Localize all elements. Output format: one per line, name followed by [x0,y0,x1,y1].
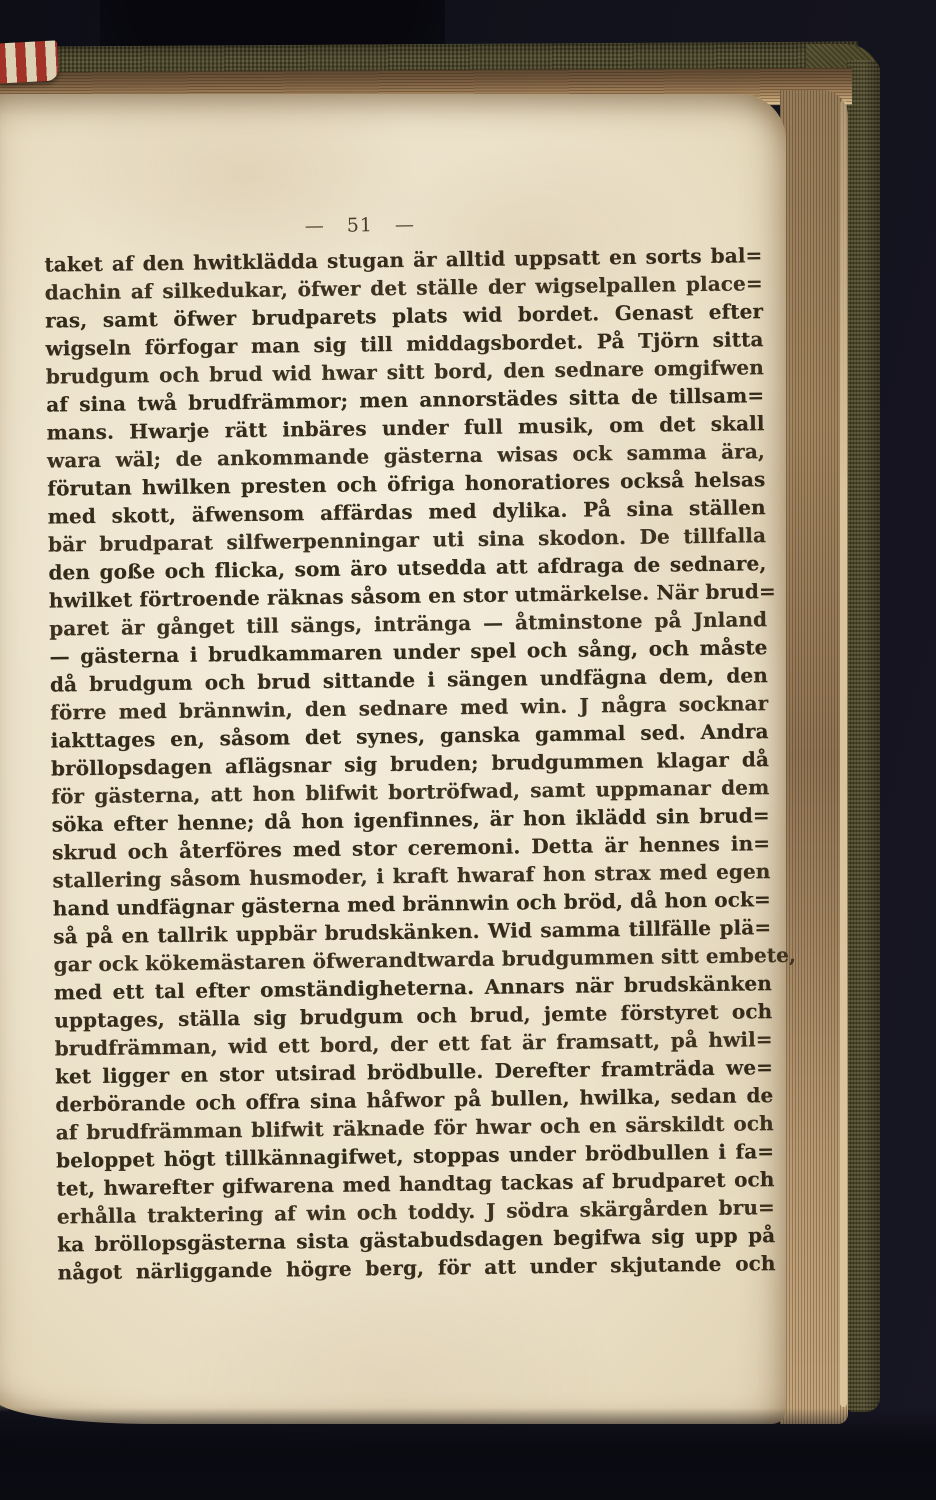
header-dash-right: — [373,213,437,236]
background-bottom-shadow [0,1408,936,1500]
page-number: 51 [347,214,373,236]
book-cover-right-edge [847,60,880,1412]
headband-ribbon [0,40,59,83]
scanned-book-photo: —51— taket af den hwitklädda stugan är a… [0,0,936,1500]
header-dash-left: — [283,215,347,238]
fore-edge-highlight [840,100,847,1407]
body-text: taket af den hwitklädda stugan är alltid… [44,241,775,1286]
book-page: —51— taket af den hwitklädda stugan är a… [0,94,786,1424]
page-header: —51— [0,210,732,242]
printed-area: —51— taket af den hwitklädda stugan är a… [0,89,796,1429]
